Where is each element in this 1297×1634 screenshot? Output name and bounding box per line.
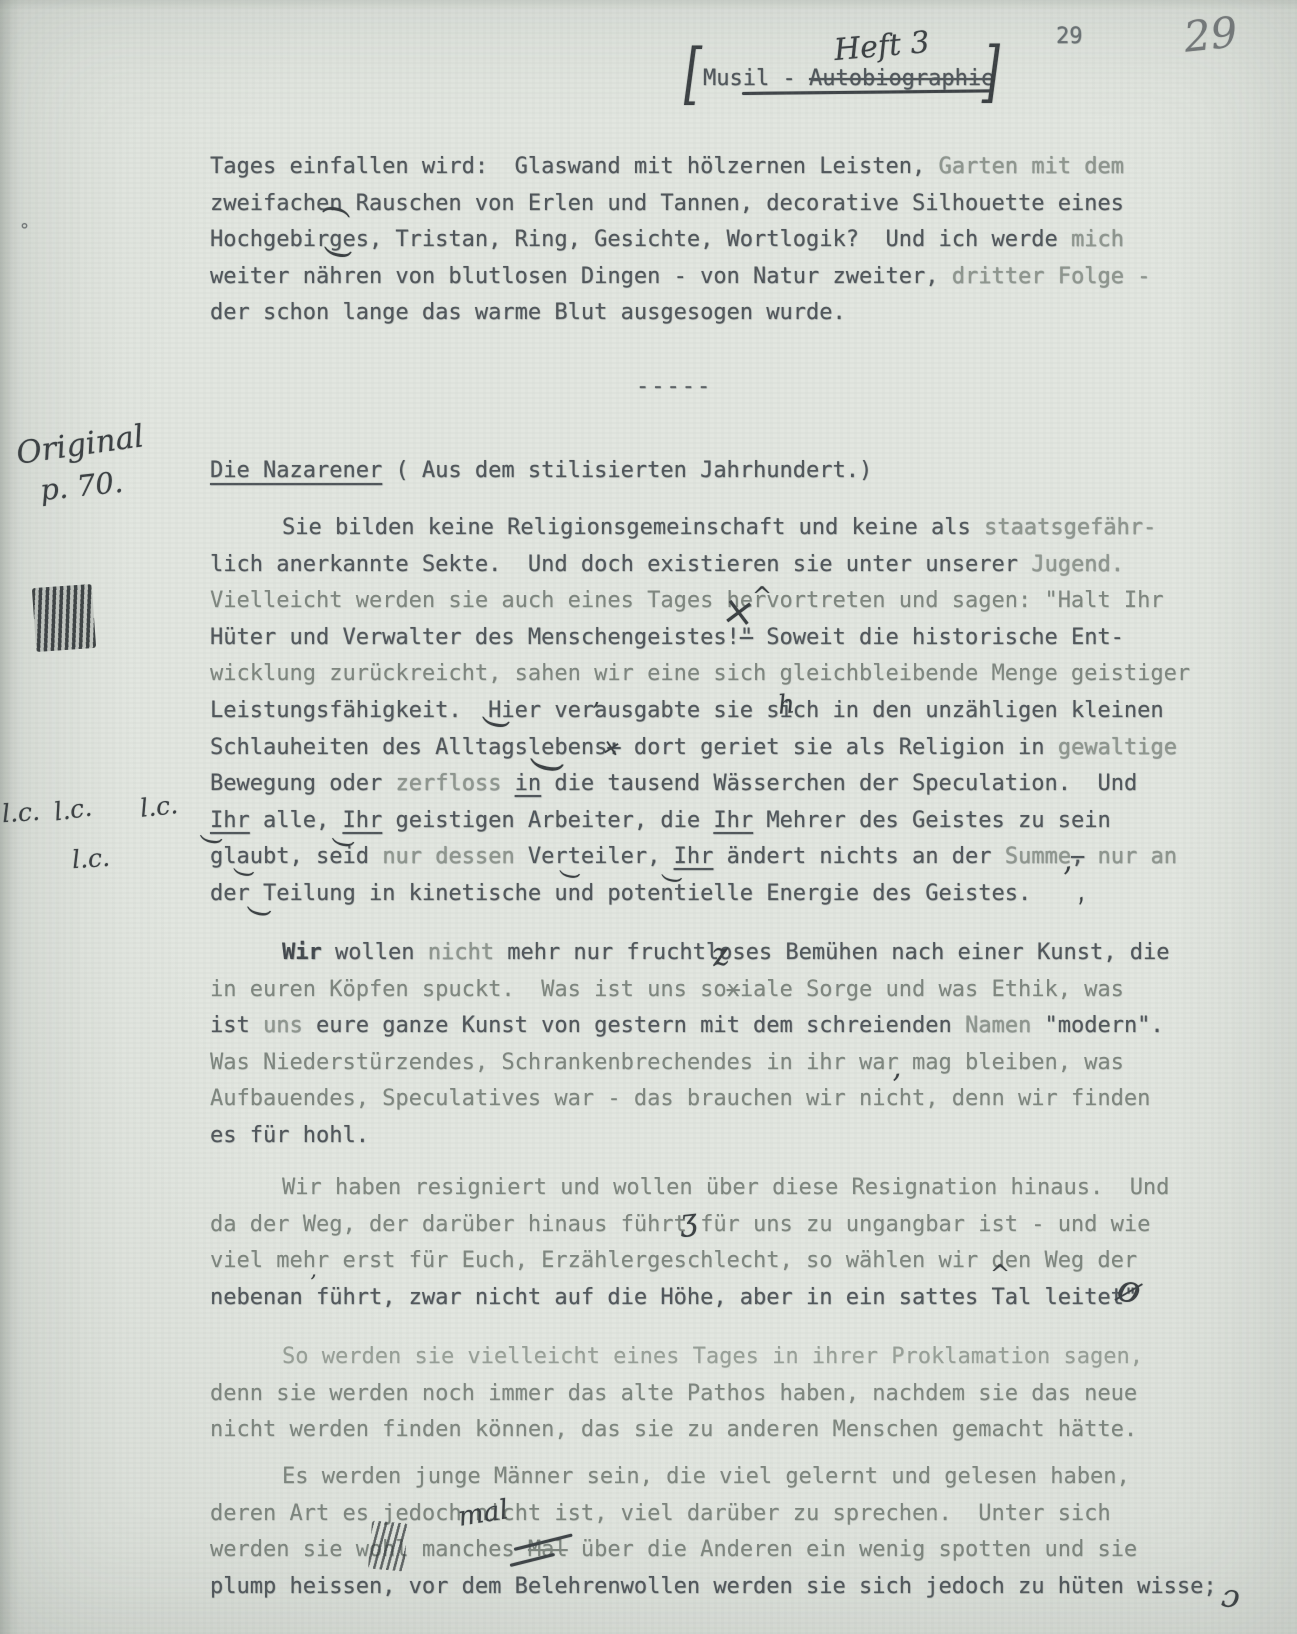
smile-under-teilung: (	[246, 907, 272, 917]
margin-lc-2: l.c.	[52, 794, 93, 824]
h-insert-geriet: h	[777, 691, 796, 718]
smile-under-ihr-2: (	[331, 838, 355, 847]
smile-under-hier: (	[481, 717, 511, 729]
comma-after-fuehrt: ʒ	[678, 1205, 698, 1237]
scratch-over-wohl	[368, 1521, 408, 1572]
smile-under-ihr-1: (	[199, 835, 223, 844]
bracket-left: [	[684, 40, 702, 107]
handwritten-annotations: 29Heft 3[]((×^(’×(h(((((,,(z,ʒ’^ømalɔ°Or…	[0, 0, 1297, 1634]
caret-above-tal: ^	[990, 1262, 1010, 1286]
breve-above-hochgebirges: (	[321, 205, 351, 217]
handwritten-page-number: 29	[1182, 11, 1240, 58]
tick-nebenan: ’	[310, 1272, 316, 1292]
heft-note: Heft 3	[833, 28, 931, 66]
tick-verausgabte: ’	[592, 700, 600, 724]
smile-under-alltagslebens: (	[529, 759, 565, 773]
margin-lc-4: l.c.	[71, 845, 111, 873]
margin-original: Original	[14, 421, 145, 470]
title-strike-line	[742, 89, 992, 95]
end-squiggle: ɔ	[1220, 1579, 1242, 1613]
bracket-right: ]	[982, 38, 1000, 105]
margin-circle: °	[20, 222, 29, 240]
margin-ink-blot	[32, 584, 96, 652]
caret-menschengeistes: ^	[752, 584, 772, 608]
smile-under-verteiler: (	[559, 871, 581, 880]
manuscript-page: 29 Musil - Autobiographie ----- Die Naza…	[0, 0, 1297, 1634]
z-insert-soziale: z	[710, 937, 731, 971]
smile-under-ihr-3: (	[661, 875, 683, 884]
flourish-after-leitet: ø	[1114, 1268, 1145, 1310]
mal-strike-2	[510, 1553, 555, 1567]
delete-mark-alltagslebens: ×	[600, 736, 623, 761]
breve-below-hochgebirges: (	[323, 247, 353, 259]
comma-after-summe: ,	[1060, 845, 1074, 876]
margin-lc-1: l.c.	[1, 799, 41, 827]
flourish-after-summe: ,	[1069, 879, 1087, 906]
mal-strike-1	[514, 1534, 573, 1551]
margin-lc-3: l.c.	[139, 792, 179, 821]
margin-original-page: p. 70.	[39, 468, 125, 506]
smile-under-glaubt: (	[233, 869, 255, 878]
mal-insert: mal	[456, 1496, 510, 1531]
comma-after-war: ,	[891, 1054, 902, 1083]
